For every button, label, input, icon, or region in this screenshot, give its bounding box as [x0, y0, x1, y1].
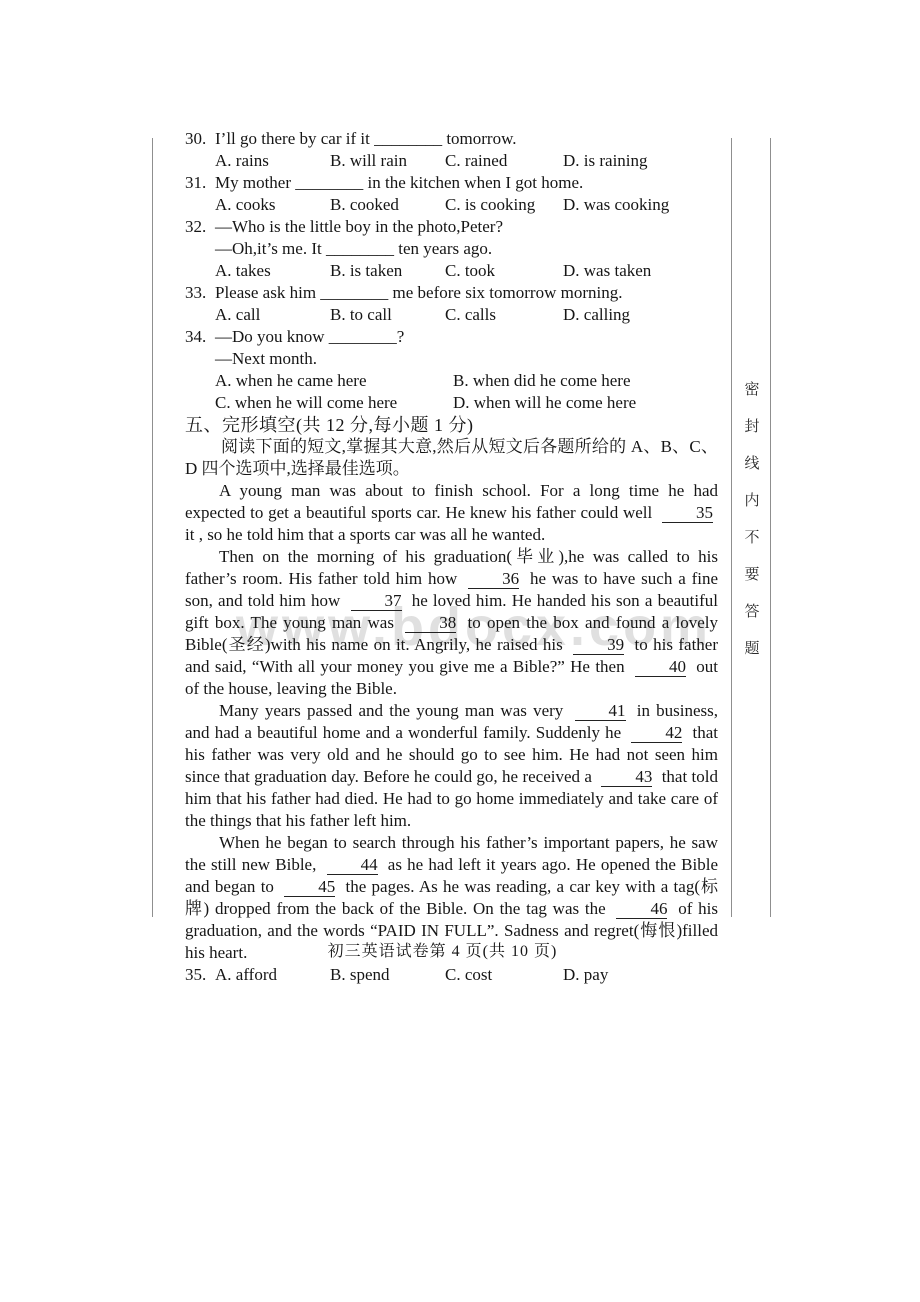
cloze-blank-37: 37	[351, 592, 402, 611]
option-d: D. pay	[563, 964, 718, 986]
option-d: D. is raining	[563, 150, 718, 172]
question-30-options: A. rains B. will rain C. rained D. is ra…	[215, 150, 718, 172]
option-c: C. is cooking	[445, 194, 563, 216]
cloze-blank-35: 35	[662, 504, 713, 523]
seal-char: 题	[736, 631, 768, 668]
option-c: C. cost	[445, 964, 563, 986]
passage-paragraph-3: Many years passed and the young man was …	[185, 700, 718, 832]
question-34-reply: —Next month.	[215, 348, 718, 370]
cloze-blank-45: 45	[284, 878, 335, 897]
question-33: 33.Please ask him ________ me before six…	[185, 282, 718, 304]
option-d: D. was taken	[563, 260, 718, 282]
option-d: D. when will he come here	[453, 392, 718, 414]
question-number: 30.	[185, 128, 215, 150]
option-c: C. rained	[445, 150, 563, 172]
question-34-options-row1: A. when he came here B. when did he come…	[215, 370, 718, 392]
question-30: 30.I’ll go there by car if it ________ t…	[185, 128, 718, 150]
cloze-blank-36: 36	[468, 570, 519, 589]
question-31-options: A. cooks B. cooked C. is cooking D. was …	[215, 194, 718, 216]
seal-char: 要	[736, 557, 768, 594]
seal-char: 答	[736, 594, 768, 631]
option-b: B. cooked	[330, 194, 445, 216]
option-b: B. to call	[330, 304, 445, 326]
option-b: B. is taken	[330, 260, 445, 282]
seal-char: 封	[736, 409, 768, 446]
seal-char: 不	[736, 520, 768, 557]
question-stem: My mother ________ in the kitchen when I…	[215, 173, 583, 192]
cloze-blank-38: 38	[405, 614, 456, 633]
question-number: 35.	[185, 964, 215, 986]
question-32-reply: —Oh,it’s me. It ________ ten years ago.	[215, 238, 718, 260]
seal-line-outer	[770, 138, 771, 917]
option-c: C. took	[445, 260, 563, 282]
cloze-blank-44: 44	[327, 856, 378, 875]
seal-char: 密	[736, 372, 768, 409]
question-33-options: A. call B. to call C. calls D. calling	[215, 304, 718, 326]
option-a: A. call	[215, 304, 330, 326]
cloze-blank-40: 40	[635, 658, 686, 677]
cloze-blank-46: 46	[616, 900, 667, 919]
option-c: C. calls	[445, 304, 563, 326]
cloze-blank-39: 39	[573, 636, 624, 655]
cloze-blank-41: 41	[575, 702, 626, 721]
question-32-options: A. takes B. is taken C. took D. was take…	[215, 260, 718, 282]
question-stem: Please ask him ________ me before six to…	[215, 283, 622, 302]
question-31: 31.My mother ________ in the kitchen whe…	[185, 172, 718, 194]
page-footer: 初三英语试卷第 4 页(共 10 页)	[153, 938, 732, 961]
question-number: 32.	[185, 216, 215, 238]
cloze-blank-42: 42	[631, 724, 682, 743]
question-35-options: 35. A. afford B. spend C. cost D. pay	[185, 964, 718, 986]
section-instructions: 阅读下面的短文,掌握其大意,然后从短文后各题所给的 A、B、C、D 四个选项中,…	[185, 436, 718, 480]
passage-text: it , so he told him that a sports car wa…	[185, 525, 545, 544]
seal-line-inner	[731, 138, 732, 917]
question-stem: I’ll go there by car if it ________ tomo…	[215, 129, 517, 148]
section-heading: 五、完形填空(共 12 分,每小题 1 分)	[185, 414, 718, 436]
question-34: 34.—Do you know ________?	[185, 326, 718, 348]
passage-text: A young man was about to finish school. …	[185, 481, 718, 522]
question-stem: —Who is the little boy in the photo,Pete…	[215, 217, 503, 236]
seal-char: 内	[736, 483, 768, 520]
option-b: B. spend	[330, 964, 445, 986]
passage-text: Many years passed and the young man was …	[219, 701, 563, 720]
seal-char: 线	[736, 446, 768, 483]
option-a: A. when he came here	[215, 370, 453, 392]
option-d: D. calling	[563, 304, 718, 326]
option-b: B. will rain	[330, 150, 445, 172]
passage-paragraph-2: Then on the morning of his graduation(毕业…	[185, 546, 718, 700]
question-34-options-row2: C. when he will come here D. when will h…	[215, 392, 718, 414]
question-number: 33.	[185, 282, 215, 304]
option-c: C. when he will come here	[215, 392, 453, 414]
question-32: 32.—Who is the little boy in the photo,P…	[185, 216, 718, 238]
exam-page: 密 封 线 内 不 要 答 题 www.bdocx.com 30.I’ll go…	[0, 0, 920, 1302]
option-d: D. was cooking	[563, 194, 718, 216]
option-a: A. takes	[215, 260, 330, 282]
seal-vertical-text: 密 封 线 内 不 要 答 题	[736, 372, 768, 668]
question-stem: —Do you know ________?	[215, 327, 404, 346]
question-number: 34.	[185, 326, 215, 348]
option-a: A. cooks	[215, 194, 330, 216]
option-a: A. afford	[215, 964, 330, 986]
exam-content: 30.I’ll go there by car if it ________ t…	[153, 128, 718, 986]
cloze-blank-43: 43	[601, 768, 652, 787]
question-number: 31.	[185, 172, 215, 194]
passage-paragraph-1: A young man was about to finish school. …	[185, 480, 718, 546]
option-b: B. when did he come here	[453, 370, 718, 392]
option-a: A. rains	[215, 150, 330, 172]
